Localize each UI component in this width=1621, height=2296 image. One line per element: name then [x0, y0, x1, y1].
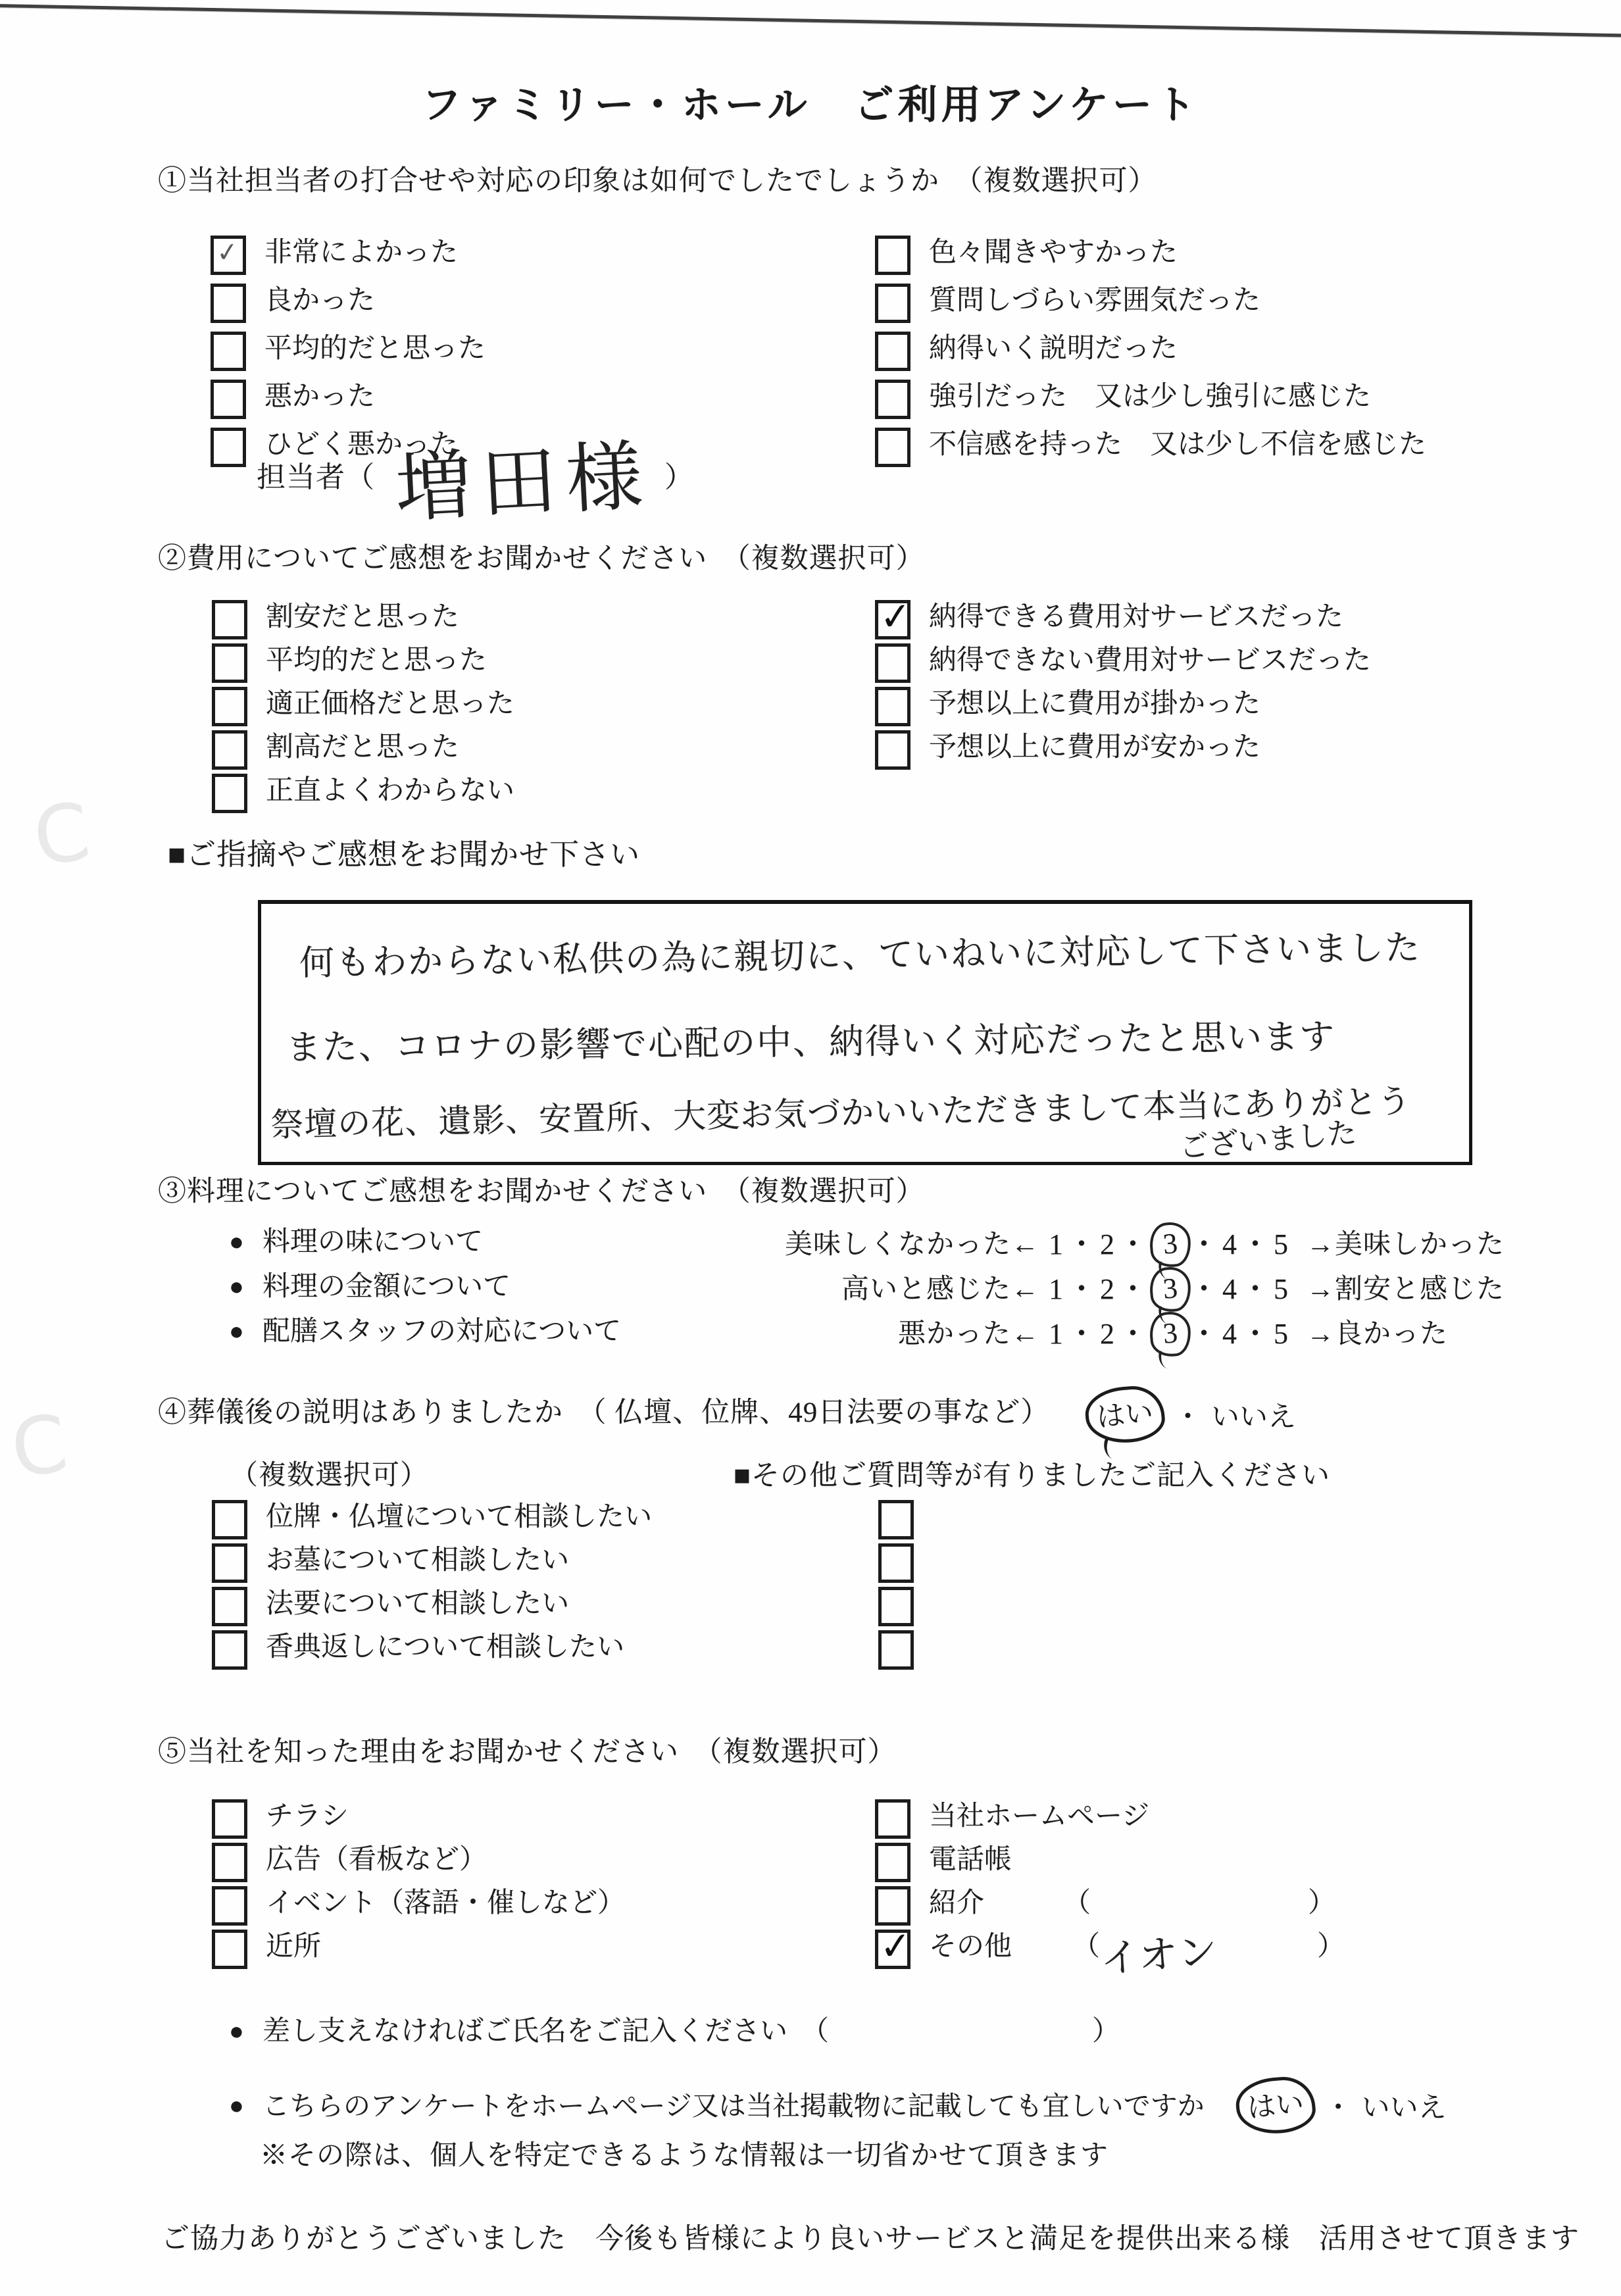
- bullet-icon: ●: [229, 1225, 244, 1259]
- option-label: チラシ: [266, 1799, 349, 1834]
- checkbox-checked[interactable]: ✓: [875, 1930, 910, 1969]
- checkbox-checked[interactable]: ✓: [875, 600, 910, 639]
- check-mark: ✓: [215, 236, 240, 268]
- scale-left-anchor: 悪かった←: [730, 1318, 1039, 1351]
- q3-scale-0: 美味しくなかった← 1・2・3・4・5 →美味しかった: [730, 1222, 1505, 1267]
- checkbox[interactable]: [212, 687, 247, 726]
- option-label: 香典返しについて相談したい: [266, 1630, 624, 1664]
- q3-scale-1: 高いと感じた← 1・2・3・4・5 →割安と感じた: [730, 1267, 1505, 1312]
- option-label: イベント（落語・催しなど）: [266, 1886, 625, 1920]
- paren-close: ）: [1308, 1886, 1335, 1920]
- checkbox[interactable]: [875, 643, 910, 683]
- option-label: 近所: [266, 1930, 321, 1964]
- q5-left-row-0: チラシ: [212, 1799, 349, 1839]
- no-option[interactable]: いいえ: [1362, 2085, 1447, 2126]
- name-request-line: ● 差し支えなければご氏名をご記入ください （ ）: [229, 2014, 1120, 2049]
- checkbox-checked[interactable]: ✓: [211, 236, 246, 275]
- option-label: 適正価格だと思った: [266, 687, 514, 721]
- q3-row-0: ● 料理の味について: [229, 1225, 483, 1259]
- option-label: その他: [929, 1930, 1012, 1964]
- q4-other-row-2: [878, 1587, 914, 1626]
- option-label: 予想以上に費用が掛かった: [929, 687, 1260, 721]
- q3-item-label: 料理の味について: [262, 1225, 483, 1259]
- checkbox[interactable]: [211, 284, 246, 323]
- checkbox[interactable]: [211, 428, 246, 467]
- checkbox[interactable]: [212, 1630, 247, 1670]
- check-mark: ✓: [878, 593, 913, 639]
- q5-right-row-0: 当社ホームページ: [875, 1799, 1149, 1839]
- scan-artifact-c: C: [28, 786, 95, 884]
- name-request-text: 差し支えなければご氏名をご記入ください （: [262, 2014, 829, 2049]
- q2-right-row-1: 納得できない費用対サービスだった: [875, 643, 1371, 683]
- q1-left-row-2: 平均的だと思った: [211, 332, 486, 371]
- q5-right-row-1: 電話帳: [875, 1843, 1012, 1882]
- checkbox[interactable]: [878, 1500, 914, 1539]
- privacy-note: ※その際は、個人を特定できるような情報は一切省かせて頂きます: [260, 2139, 1109, 2172]
- option-label: 電話帳: [929, 1843, 1012, 1877]
- scale-suffix[interactable]: ・4・5: [1189, 1272, 1292, 1307]
- checkbox[interactable]: [875, 1843, 910, 1882]
- scale-prefix[interactable]: 1・2・: [1049, 1317, 1151, 1352]
- checkbox[interactable]: [212, 1799, 247, 1839]
- q4-subnote: （複数選択可）: [230, 1459, 428, 1492]
- option-label: 悪かった: [264, 380, 375, 414]
- option-label: 平均的だと思った: [264, 332, 486, 366]
- scan-edge-line: [0, 4, 1621, 37]
- paren-close: ）: [1092, 2014, 1120, 2049]
- comment-line-1: 何もわからない私供の為に親切に、ていねいに対応して下さいました: [299, 920, 1422, 986]
- no-option[interactable]: いいえ: [1211, 1395, 1296, 1435]
- option-label: 広告（看板など）: [266, 1843, 487, 1877]
- publish-permission-text: こちらのアンケートをホームページ又は当社掲載物に記載しても宜しいですか: [262, 2089, 1205, 2123]
- yes-option-circled[interactable]: はい: [1234, 2074, 1317, 2137]
- q2-right-row-2: 予想以上に費用が掛かった: [875, 687, 1260, 726]
- paren-close: ）: [1317, 1930, 1345, 1964]
- scale-circled-3[interactable]: 3: [1148, 1310, 1193, 1358]
- yn-separator: ・: [1324, 2085, 1353, 2126]
- option-label: 強引だった 又は少し強引に感じた: [929, 380, 1371, 414]
- checkbox[interactable]: [875, 332, 910, 371]
- option-label: 紹介: [929, 1886, 984, 1920]
- option-label: 納得できない費用対サービスだった: [929, 643, 1371, 678]
- checkbox[interactable]: [212, 643, 247, 683]
- checkbox[interactable]: [875, 1886, 910, 1926]
- checkbox[interactable]: [212, 1930, 247, 1969]
- paren-open: （: [1063, 1886, 1091, 1920]
- checkbox[interactable]: [875, 236, 910, 275]
- q4-other-row-1: [878, 1543, 914, 1583]
- bullet-icon: ●: [229, 2014, 244, 2049]
- q4-other-row-0: [878, 1500, 914, 1539]
- scale-circled-3[interactable]: 3: [1148, 1220, 1193, 1268]
- q3-heading: ③料理についてご感想をお聞かせください （複数選択可）: [158, 1175, 925, 1209]
- checkbox[interactable]: [212, 1886, 247, 1926]
- checkbox[interactable]: [875, 730, 910, 770]
- survey-page: C C ファミリー・ホール ご利用アンケート ①当社担当者の打合せや対応の印象は…: [0, 0, 1621, 2296]
- option-label: 法要について相談したい: [266, 1587, 569, 1621]
- checkbox[interactable]: [875, 428, 910, 467]
- checkbox[interactable]: [212, 1543, 247, 1583]
- checkbox[interactable]: [878, 1587, 914, 1626]
- manager-name-handwriting: 増田様: [392, 414, 654, 537]
- q4-left-row-1: お墓について相談したい: [212, 1543, 569, 1583]
- q2-heading: ②費用についてご感想をお聞かせください （複数選択可）: [158, 542, 925, 576]
- q3-row-1: ● 料理の金額について: [229, 1270, 511, 1304]
- q4-left-row-3: 香典返しについて相談したい: [212, 1630, 624, 1670]
- checkbox[interactable]: [212, 1587, 247, 1626]
- scale-numbers: 1・2・3・4・5: [1049, 1267, 1292, 1312]
- option-label: 割高だと思った: [266, 730, 459, 764]
- q1-left-row-0: ✓ 非常によかった: [211, 236, 458, 275]
- scale-circled-3[interactable]: 3: [1148, 1265, 1193, 1313]
- q4-other-heading: ■その他ご質問等が有りましたご記入ください: [734, 1459, 1330, 1493]
- q5-left-row-2: イベント（落語・催しなど）: [212, 1886, 625, 1926]
- option-label: 当社ホームページ: [929, 1799, 1149, 1834]
- q4-left-row-2: 法要について相談したい: [212, 1587, 569, 1626]
- option-label: 割安だと思った: [266, 600, 459, 634]
- checkbox[interactable]: [878, 1630, 914, 1670]
- bullet-icon: ●: [229, 2089, 244, 2123]
- option-label: お墓について相談したい: [266, 1543, 569, 1578]
- checkbox[interactable]: [212, 1500, 247, 1539]
- q4-left-row-0: 位牌・仏壇について相談したい: [212, 1500, 652, 1539]
- q2-left-row-0: 割安だと思った: [212, 600, 459, 639]
- yn-separator: ・: [1174, 1395, 1202, 1435]
- option-label: 正直よくわからない: [266, 774, 514, 808]
- q4-yes-no: はい ・ いいえ: [1085, 1387, 1296, 1443]
- yes-option-circled[interactable]: はい: [1084, 1384, 1167, 1446]
- q3-row-2: ● 配膳スタッフの対応について: [229, 1314, 621, 1349]
- bullet-icon: ●: [229, 1270, 244, 1304]
- q2-right-row-0: ✓ 納得できる費用対サービスだった: [875, 600, 1343, 639]
- q5-left-row-1: 広告（看板など）: [212, 1843, 487, 1882]
- q1-right-row-0: 色々聞きやすかった: [875, 236, 1178, 275]
- option-label: 非常によかった: [264, 236, 458, 270]
- paren-open: （: [1072, 1930, 1100, 1964]
- checkbox[interactable]: [211, 380, 246, 419]
- q2-left-row-2: 適正価格だと思った: [212, 687, 514, 726]
- option-label: 納得いく説明だった: [929, 332, 1178, 366]
- checkbox[interactable]: [875, 284, 910, 323]
- checkbox[interactable]: [875, 687, 910, 726]
- option-label: 不信感を持った 又は少し不信を感じた: [929, 428, 1426, 462]
- scale-numbers: 1・2・3・4・5: [1049, 1312, 1292, 1357]
- q4-heading: ④葬儀後の説明はありましたか （ 仏壇、位牌、49日法要の事など）: [158, 1396, 1049, 1430]
- q2-right-row-3: 予想以上に費用が安かった: [875, 730, 1260, 770]
- scale-suffix[interactable]: ・4・5: [1189, 1228, 1292, 1262]
- other-value-handwriting: イオン: [1099, 1925, 1318, 1980]
- q1-right-row-4: 不信感を持った 又は少し不信を感じた: [875, 428, 1426, 467]
- scale-right-anchor: →美味しかった: [1307, 1228, 1505, 1261]
- scale-left-anchor: 高いと感じた←: [730, 1273, 1039, 1306]
- q3-item-label: 料理の金額について: [262, 1270, 511, 1304]
- q3-scale-2: 悪かった← 1・2・3・4・5 →良かった: [730, 1312, 1448, 1357]
- q1-left-row-1: 良かった: [211, 284, 375, 323]
- comment-line-2: また、コロナの影響で心配の中、納得いく対応だったと思います: [286, 1009, 1336, 1070]
- comment-box[interactable]: 何もわからない私供の為に親切に、ていねいに対応して下さいました また、コロナの影…: [258, 900, 1472, 1165]
- scale-prefix[interactable]: 1・2・: [1049, 1272, 1151, 1307]
- q4-other-row-3: [878, 1630, 914, 1670]
- checkbox[interactable]: [875, 380, 910, 419]
- scale-suffix[interactable]: ・4・5: [1189, 1317, 1292, 1352]
- checkbox[interactable]: [212, 1843, 247, 1882]
- scan-artifact-c: C: [6, 1398, 73, 1496]
- checkbox[interactable]: [212, 730, 247, 770]
- option-label: 位牌・仏壇について相談したい: [266, 1500, 652, 1534]
- option-label: 納得できる費用対サービスだった: [929, 600, 1343, 634]
- q2-left-row-1: 平均的だと思った: [212, 643, 487, 683]
- scale-prefix[interactable]: 1・2・: [1049, 1228, 1151, 1262]
- checkbox[interactable]: [212, 600, 247, 639]
- footer-thanks: ご協力ありがとうございました 今後も皆様により良いサービスと満足を提供出来る様 …: [161, 2222, 1580, 2257]
- checkbox[interactable]: [211, 332, 246, 371]
- bullet-icon: ●: [229, 1314, 244, 1349]
- option-label: 色々聞きやすかった: [929, 236, 1178, 270]
- checkbox[interactable]: [212, 774, 247, 813]
- option-label: 予想以上に費用が安かった: [929, 730, 1260, 764]
- scale-left-anchor: 美味しくなかった←: [730, 1228, 1039, 1261]
- scale-numbers: 1・2・3・4・5: [1049, 1222, 1292, 1267]
- q5-right-row-2: 紹介 （ ）: [875, 1886, 1335, 1926]
- q1-heading: ①当社担当者の打合せや対応の印象は如何でしたでしょうか （複数選択可）: [158, 164, 1157, 199]
- q3-item-label: 配膳スタッフの対応について: [262, 1314, 621, 1349]
- checkbox[interactable]: [878, 1543, 914, 1583]
- q1-left-row-3: 悪かった: [211, 380, 375, 419]
- option-label: 質問しづらい雰囲気だった: [929, 284, 1260, 318]
- q2-left-row-4: 正直よくわからない: [212, 774, 514, 813]
- option-label: 平均的だと思った: [266, 643, 487, 678]
- comments-heading: ■ご指摘やご感想をお聞かせ下さい: [168, 837, 640, 872]
- q5-left-row-3: 近所: [212, 1930, 321, 1969]
- page-title: ファミリー・ホール ご利用アンケート: [0, 74, 1621, 130]
- scale-right-anchor: →良かった: [1307, 1318, 1448, 1351]
- manager-paren-close: ）: [664, 461, 694, 495]
- q2-left-row-3: 割高だと思った: [212, 730, 459, 770]
- publish-permission-line: ● こちらのアンケートをホームページ又は当社掲載物に記載しても宜しいですか はい…: [229, 2078, 1447, 2134]
- option-label: 良かった: [264, 284, 375, 318]
- q5-heading: ⑤当社を知った理由をお聞かせください （複数選択可）: [158, 1735, 897, 1770]
- checkbox[interactable]: [875, 1799, 910, 1839]
- q1-right-row-3: 強引だった 又は少し強引に感じた: [875, 380, 1371, 419]
- q1-right-row-2: 納得いく説明だった: [875, 332, 1178, 371]
- q1-right-row-1: 質問しづらい雰囲気だった: [875, 284, 1260, 323]
- manager-label: 担当者（: [257, 461, 375, 495]
- q5-right-row-3: ✓ その他 （ イオン ）: [875, 1930, 1345, 1972]
- check-mark: ✓: [878, 1922, 913, 1969]
- scale-right-anchor: →割安と感じた: [1307, 1273, 1505, 1306]
